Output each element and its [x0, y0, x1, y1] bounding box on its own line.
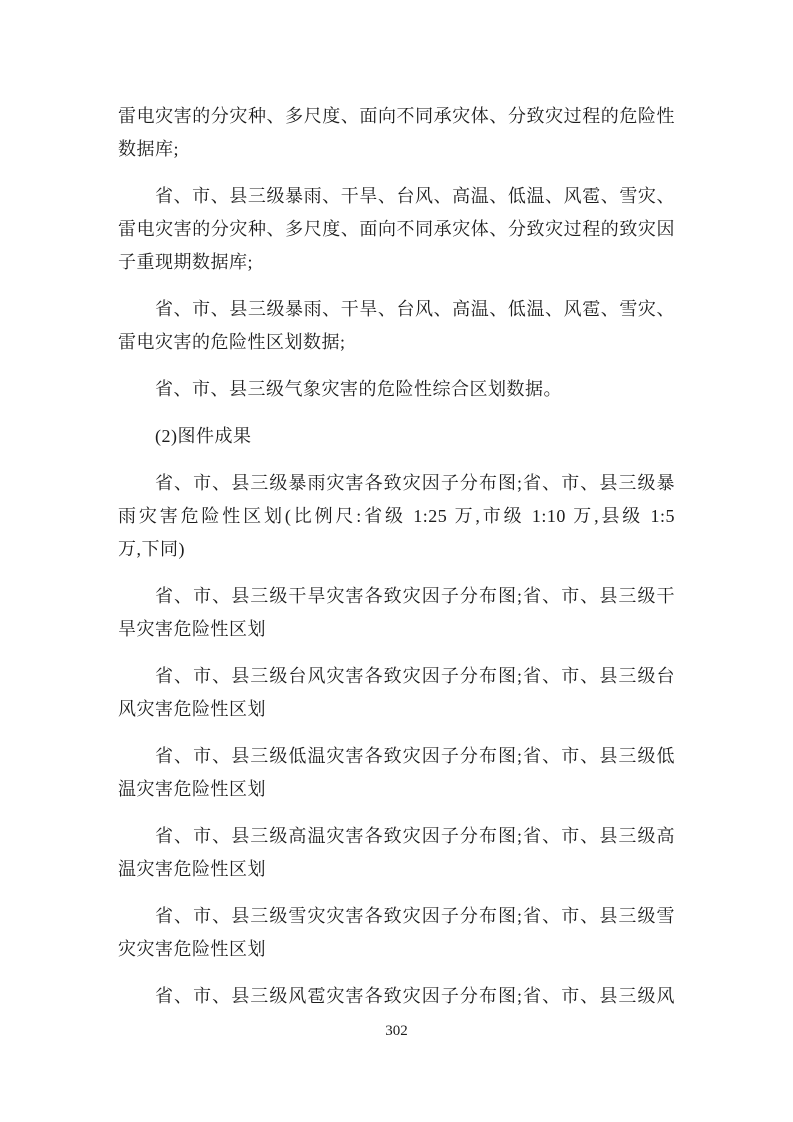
text-line: 雷电灾害的分灾种、多尺度、面向不同承灾体、分致灾过程的危险性: [118, 100, 675, 133]
text-line: 灾灾害危险性区划: [118, 933, 675, 966]
text-line: 旱灾害危险性区划: [118, 613, 675, 646]
paragraph: 省、市、县三级风雹灾害各致灾因子分布图;省、市、县三级风: [118, 980, 675, 1013]
paragraph: 省、市、县三级台风灾害各致灾因子分布图;省、市、县三级台风灾害危险性区划: [118, 660, 675, 726]
paragraph: 省、市、县三级高温灾害各致灾因子分布图;省、市、县三级高温灾害危险性区划: [118, 820, 675, 886]
text-line: 万,下同): [118, 533, 675, 566]
text-line: 省、市、县三级暴雨、干旱、台风、高温、低温、风雹、雪灾、: [118, 180, 675, 213]
document-page: 雷电灾害的分灾种、多尺度、面向不同承灾体、分致灾过程的危险性数据库;省、市、县三…: [0, 0, 793, 1122]
text-line: 省、市、县三级低温灾害各致灾因子分布图;省、市、县三级低: [118, 740, 675, 773]
text-line: 风灾害危险性区划: [118, 693, 675, 726]
text-line: 省、市、县三级暴雨、干旱、台风、高温、低温、风雹、雪灾、: [118, 293, 675, 326]
text-line: 省、市、县三级干旱灾害各致灾因子分布图;省、市、县三级干: [118, 580, 675, 613]
paragraph: 雷电灾害的分灾种、多尺度、面向不同承灾体、分致灾过程的危险性数据库;: [118, 100, 675, 166]
text-line: 数据库;: [118, 133, 675, 166]
paragraph: 省、市、县三级低温灾害各致灾因子分布图;省、市、县三级低温灾害危险性区划: [118, 740, 675, 806]
paragraph: 省、市、县三级暴雨、干旱、台风、高温、低温、风雹、雪灾、雷电灾害的危险性区划数据…: [118, 293, 675, 359]
text-line: 省、市、县三级气象灾害的危险性综合区划数据。: [118, 373, 675, 406]
page-number: 302: [0, 1022, 793, 1040]
text-line: 雷电灾害的分灾种、多尺度、面向不同承灾体、分致灾过程的致灾因: [118, 213, 675, 246]
text-line: (2)图件成果: [118, 420, 675, 453]
text-line: 省、市、县三级雪灾灾害各致灾因子分布图;省、市、县三级雪: [118, 900, 675, 933]
paragraph: (2)图件成果: [118, 420, 675, 453]
paragraph: 省、市、县三级暴雨灾害各致灾因子分布图;省、市、县三级暴雨灾害危险性区划(比例尺…: [118, 467, 675, 566]
paragraph: 省、市、县三级雪灾灾害各致灾因子分布图;省、市、县三级雪灾灾害危险性区划: [118, 900, 675, 966]
text-line: 温灾害危险性区划: [118, 853, 675, 886]
text-line: 温灾害危险性区划: [118, 773, 675, 806]
text-line: 省、市、县三级台风灾害各致灾因子分布图;省、市、县三级台: [118, 660, 675, 693]
text-line: 省、市、县三级风雹灾害各致灾因子分布图;省、市、县三级风: [118, 980, 675, 1013]
paragraph: 省、市、县三级气象灾害的危险性综合区划数据。: [118, 373, 675, 406]
text-line: 雷电灾害的危险性区划数据;: [118, 326, 675, 359]
text-line: 省、市、县三级暴雨灾害各致灾因子分布图;省、市、县三级暴: [118, 467, 675, 500]
text-line: 雨灾害危险性区划(比例尺:省级 1:25 万,市级 1:10 万,县级 1:5: [118, 500, 675, 533]
text-line: 子重现期数据库;: [118, 246, 675, 279]
page-content: 雷电灾害的分灾种、多尺度、面向不同承灾体、分致灾过程的危险性数据库;省、市、县三…: [118, 100, 675, 1027]
paragraph: 省、市、县三级暴雨、干旱、台风、高温、低温、风雹、雪灾、雷电灾害的分灾种、多尺度…: [118, 180, 675, 279]
text-line: 省、市、县三级高温灾害各致灾因子分布图;省、市、县三级高: [118, 820, 675, 853]
paragraph: 省、市、县三级干旱灾害各致灾因子分布图;省、市、县三级干旱灾害危险性区划: [118, 580, 675, 646]
